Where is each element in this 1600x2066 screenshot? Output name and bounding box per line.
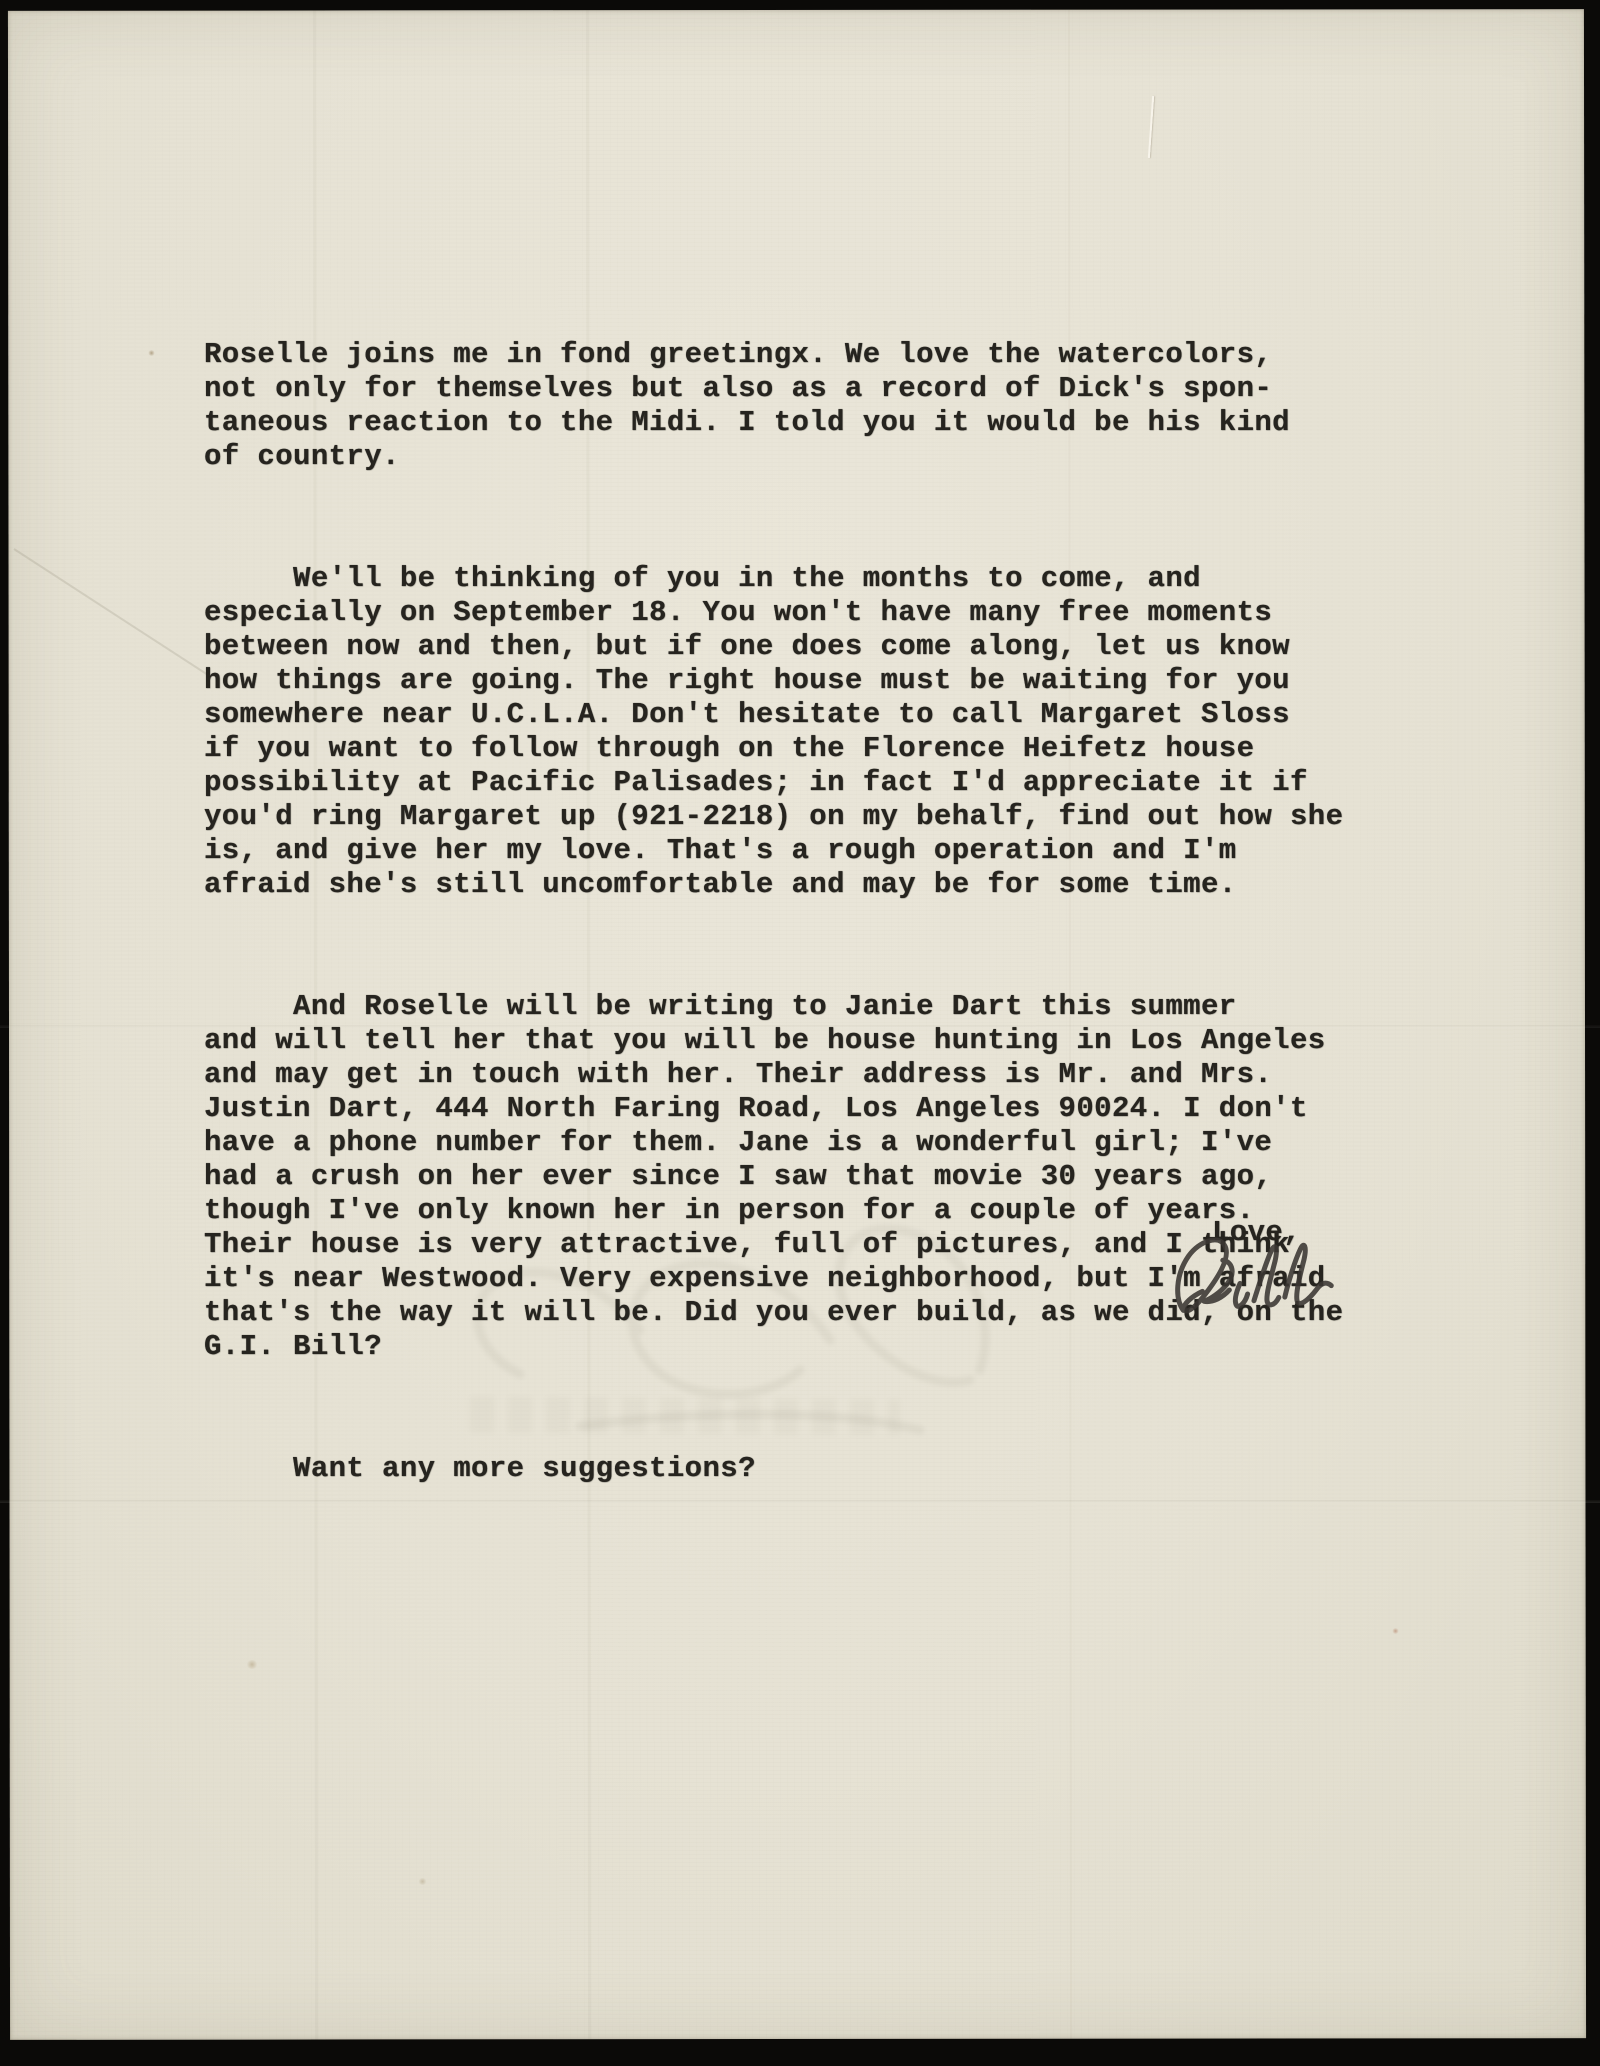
stain-mark — [1392, 1628, 1399, 1634]
stain-mark — [148, 350, 155, 356]
stain-mark — [418, 1878, 427, 1885]
letter-paragraph-1: Roselle joins me in fond greetingx. We l… — [204, 338, 1424, 474]
letter-body: Roselle joins me in fond greetingx. We l… — [204, 270, 1424, 1574]
letter-paragraph-2: We'll be thinking of you in the months t… — [204, 562, 1424, 902]
bill-signature — [1170, 1227, 1365, 1337]
stain-mark — [246, 1660, 258, 1669]
letter-paragraph-4: Want any more suggestions? — [204, 1452, 1424, 1486]
scan-background: Roselle joins me in fond greetingx. We l… — [0, 0, 1600, 2066]
